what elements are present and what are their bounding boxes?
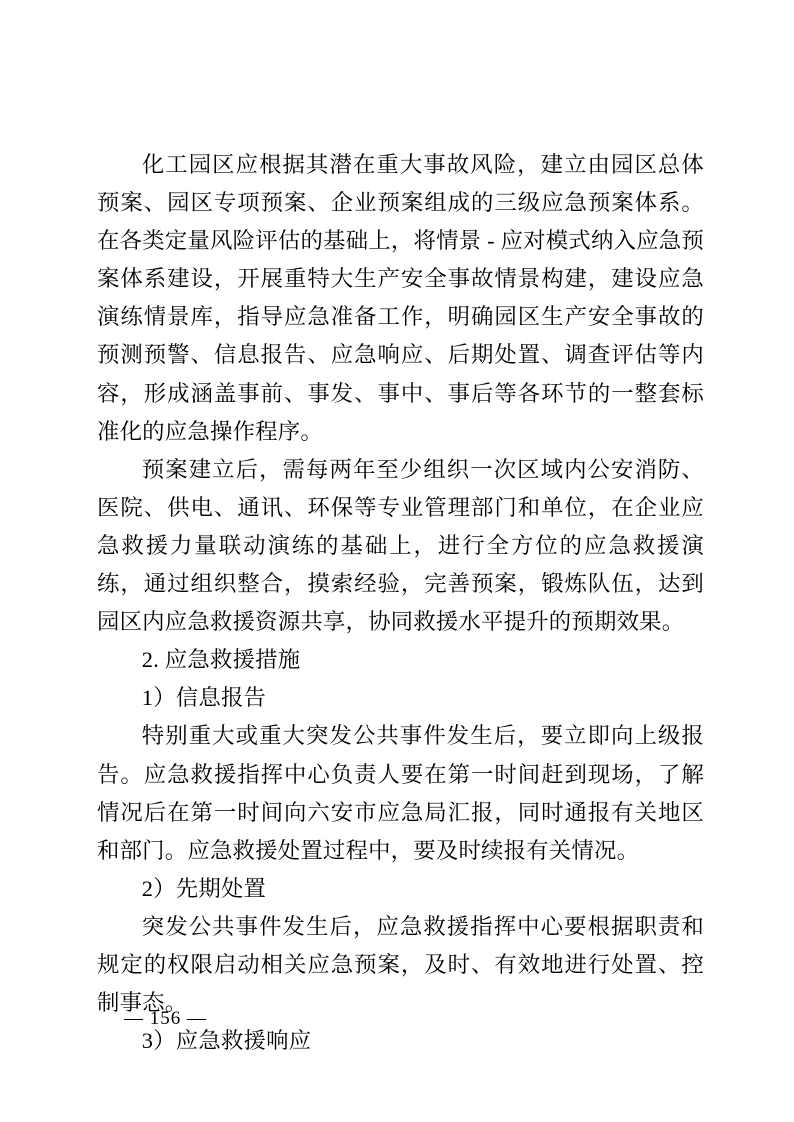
body-paragraph: 化工园区应根据其潜在重大事故风险，建立由园区总体预案、园区专项预案、企业预案组成… bbox=[97, 146, 704, 451]
section-heading: 2. 应急救援措施 bbox=[97, 641, 704, 679]
section-heading: 2）先期处置 bbox=[97, 870, 704, 908]
document-body: 化工园区应根据其潜在重大事故风险，建立由园区总体预案、园区专项预案、企业预案组成… bbox=[97, 146, 704, 1060]
body-paragraph: 预案建立后，需每两年至少组织一次区域内公安消防、医院、供电、通讯、环保等专业管理… bbox=[97, 451, 704, 641]
section-heading: 1）信息报告 bbox=[97, 679, 704, 717]
page-number: — 156 — bbox=[124, 1004, 207, 1034]
body-paragraph: 特别重大或重大突发公共事件发生后，要立即向上级报告。应急救援指挥中心负责人要在第… bbox=[97, 717, 704, 869]
document-page: 化工园区应根据其潜在重大事故风险，建立由园区总体预案、园区专项预案、企业预案组成… bbox=[0, 0, 794, 1122]
